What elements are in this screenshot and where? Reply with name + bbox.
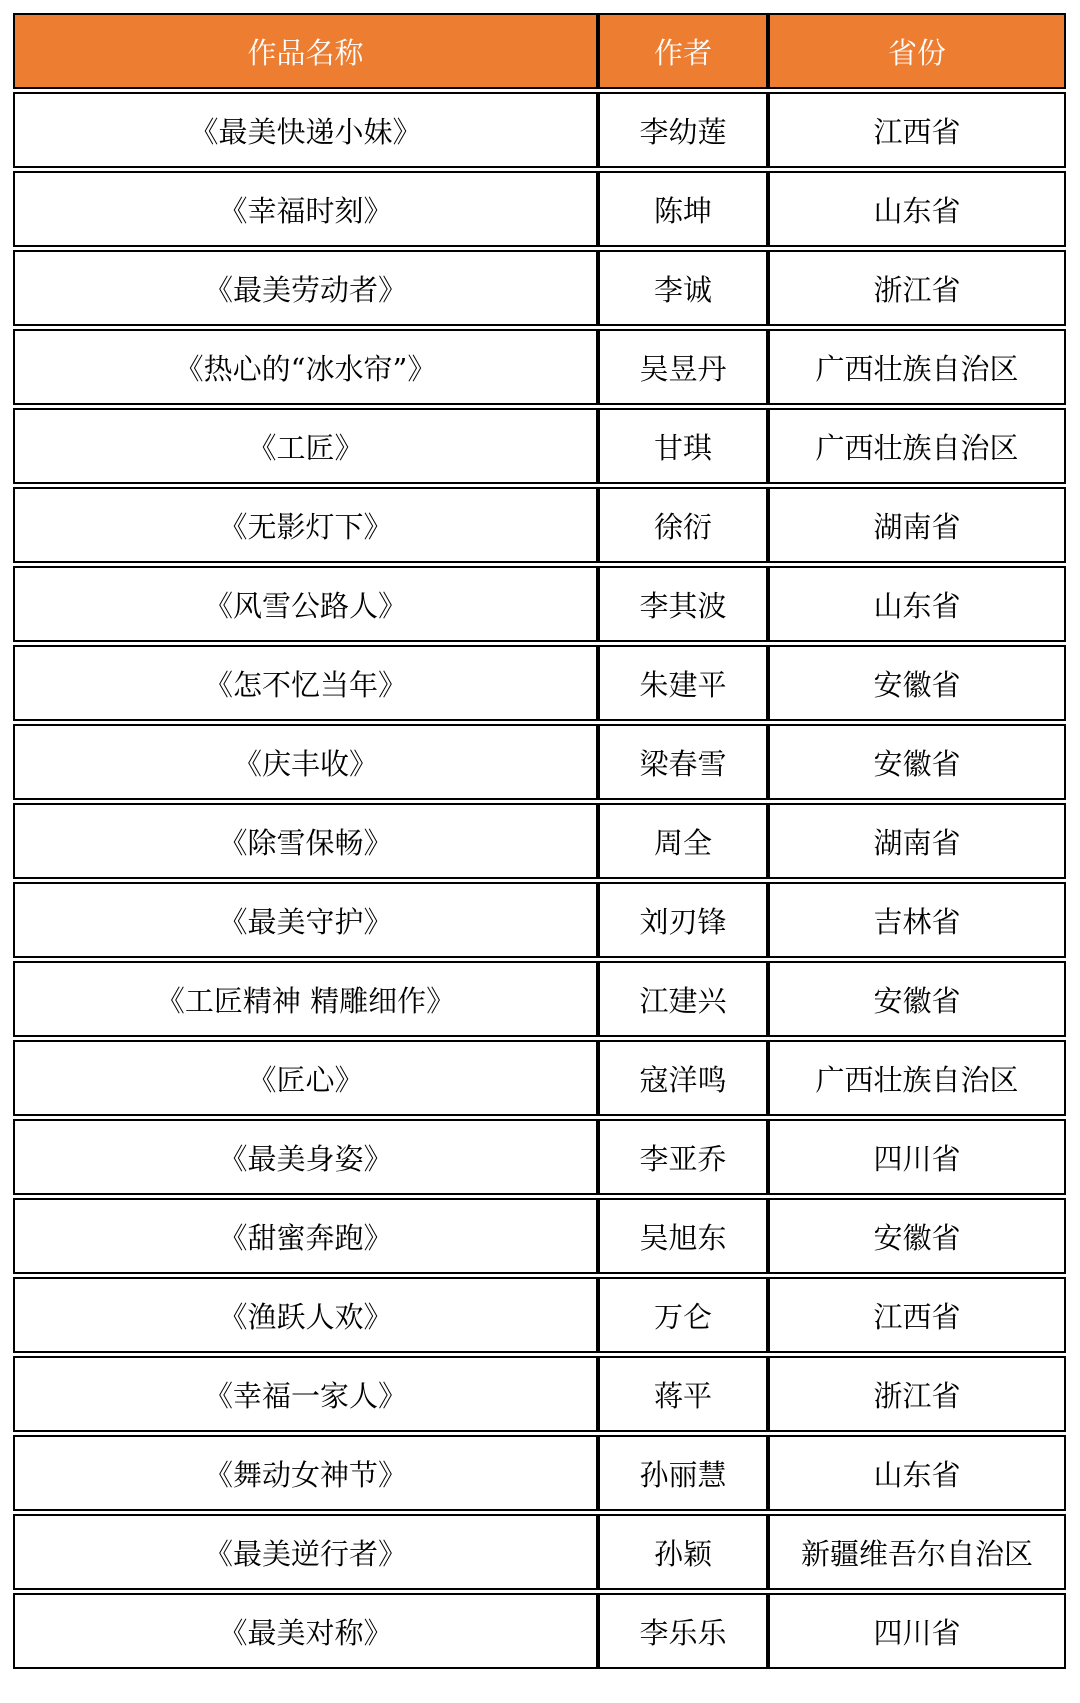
- table-row: 《幸福时刻》陈坤山东省: [13, 171, 1066, 247]
- work-title-cell: 《工匠精神 精雕细作》: [13, 961, 598, 1037]
- author-cell: 朱建平: [598, 645, 768, 721]
- table-row: 《怎不忆当年》朱建平安徽省: [13, 645, 1066, 721]
- province-cell: 江西省: [768, 92, 1066, 168]
- author-cell: 李乐乐: [598, 1593, 768, 1669]
- province-cell: 四川省: [768, 1593, 1066, 1669]
- province-cell: 吉林省: [768, 882, 1066, 958]
- author-cell: 寇洋鸣: [598, 1040, 768, 1116]
- province-cell: 安徽省: [768, 645, 1066, 721]
- province-cell: 浙江省: [768, 250, 1066, 326]
- header-row: 作品名称 作者 省份: [13, 13, 1066, 89]
- province-cell: 山东省: [768, 171, 1066, 247]
- author-cell: 孙丽慧: [598, 1435, 768, 1511]
- table-row: 《最美劳动者》李诚浙江省: [13, 250, 1066, 326]
- table-body: 《最美快递小妹》李幼莲江西省《幸福时刻》陈坤山东省《最美劳动者》李诚浙江省《热心…: [13, 92, 1066, 1669]
- work-title-cell: 《最美逆行者》: [13, 1514, 598, 1590]
- works-table: 作品名称 作者 省份 《最美快递小妹》李幼莲江西省《幸福时刻》陈坤山东省《最美劳…: [13, 10, 1066, 1672]
- author-cell: 李其波: [598, 566, 768, 642]
- work-title-cell: 《最美守护》: [13, 882, 598, 958]
- author-cell: 刘刃锋: [598, 882, 768, 958]
- table-row: 《工匠精神 精雕细作》江建兴安徽省: [13, 961, 1066, 1037]
- work-title-cell: 《风雪公路人》: [13, 566, 598, 642]
- work-title-cell: 《怎不忆当年》: [13, 645, 598, 721]
- author-cell: 李幼莲: [598, 92, 768, 168]
- province-cell: 广西壮族自治区: [768, 408, 1066, 484]
- province-cell: 湖南省: [768, 487, 1066, 563]
- work-title-cell: 《最美快递小妹》: [13, 92, 598, 168]
- author-cell: 徐衍: [598, 487, 768, 563]
- author-cell: 李诚: [598, 250, 768, 326]
- author-cell: 梁春雪: [598, 724, 768, 800]
- document-page: 作品名称 作者 省份 《最美快递小妹》李幼莲江西省《幸福时刻》陈坤山东省《最美劳…: [0, 0, 1080, 1703]
- table-row: 《舞动女神节》孙丽慧山东省: [13, 1435, 1066, 1511]
- header-province: 省份: [768, 13, 1066, 89]
- header-work-title: 作品名称: [13, 13, 598, 89]
- work-title-cell: 《热心的“冰水帘”》: [13, 329, 598, 405]
- table-row: 《庆丰收》梁春雪安徽省: [13, 724, 1066, 800]
- table-row: 《幸福一家人》蒋平浙江省: [13, 1356, 1066, 1432]
- province-cell: 安徽省: [768, 1198, 1066, 1274]
- province-cell: 四川省: [768, 1119, 1066, 1195]
- province-cell: 湖南省: [768, 803, 1066, 879]
- table-row: 《渔跃人欢》万仑江西省: [13, 1277, 1066, 1353]
- work-title-cell: 《甜蜜奔跑》: [13, 1198, 598, 1274]
- work-title-cell: 《最美对称》: [13, 1593, 598, 1669]
- province-cell: 新疆维吾尔自治区: [768, 1514, 1066, 1590]
- author-cell: 吴旭东: [598, 1198, 768, 1274]
- province-cell: 安徽省: [768, 961, 1066, 1037]
- work-title-cell: 《舞动女神节》: [13, 1435, 598, 1511]
- work-title-cell: 《渔跃人欢》: [13, 1277, 598, 1353]
- author-cell: 周全: [598, 803, 768, 879]
- work-title-cell: 《匠心》: [13, 1040, 598, 1116]
- author-cell: 陈坤: [598, 171, 768, 247]
- province-cell: 广西壮族自治区: [768, 1040, 1066, 1116]
- work-title-cell: 《幸福时刻》: [13, 171, 598, 247]
- table-row: 《最美身姿》李亚乔四川省: [13, 1119, 1066, 1195]
- province-cell: 江西省: [768, 1277, 1066, 1353]
- province-cell: 山东省: [768, 566, 1066, 642]
- work-title-cell: 《最美身姿》: [13, 1119, 598, 1195]
- author-cell: 甘琪: [598, 408, 768, 484]
- table-row: 《匠心》寇洋鸣广西壮族自治区: [13, 1040, 1066, 1116]
- province-cell: 山东省: [768, 1435, 1066, 1511]
- province-cell: 广西壮族自治区: [768, 329, 1066, 405]
- author-cell: 万仑: [598, 1277, 768, 1353]
- work-title-cell: 《幸福一家人》: [13, 1356, 598, 1432]
- table-row: 《风雪公路人》李其波山东省: [13, 566, 1066, 642]
- province-cell: 安徽省: [768, 724, 1066, 800]
- table-row: 《热心的“冰水帘”》吴昱丹广西壮族自治区: [13, 329, 1066, 405]
- table-row: 《工匠》甘琪广西壮族自治区: [13, 408, 1066, 484]
- table-row: 《最美对称》李乐乐四川省: [13, 1593, 1066, 1669]
- author-cell: 江建兴: [598, 961, 768, 1037]
- work-title-cell: 《除雪保畅》: [13, 803, 598, 879]
- author-cell: 蒋平: [598, 1356, 768, 1432]
- table-row: 《无影灯下》徐衍湖南省: [13, 487, 1066, 563]
- author-cell: 孙颖: [598, 1514, 768, 1590]
- author-cell: 吴昱丹: [598, 329, 768, 405]
- work-title-cell: 《工匠》: [13, 408, 598, 484]
- header-author: 作者: [598, 13, 768, 89]
- table-row: 《最美守护》刘刃锋吉林省: [13, 882, 1066, 958]
- table-row: 《最美快递小妹》李幼莲江西省: [13, 92, 1066, 168]
- table-row: 《甜蜜奔跑》吴旭东安徽省: [13, 1198, 1066, 1274]
- work-title-cell: 《庆丰收》: [13, 724, 598, 800]
- table-row: 《除雪保畅》周全湖南省: [13, 803, 1066, 879]
- work-title-cell: 《无影灯下》: [13, 487, 598, 563]
- author-cell: 李亚乔: [598, 1119, 768, 1195]
- work-title-cell: 《最美劳动者》: [13, 250, 598, 326]
- province-cell: 浙江省: [768, 1356, 1066, 1432]
- table-row: 《最美逆行者》孙颖新疆维吾尔自治区: [13, 1514, 1066, 1590]
- table-header: 作品名称 作者 省份: [13, 13, 1066, 89]
